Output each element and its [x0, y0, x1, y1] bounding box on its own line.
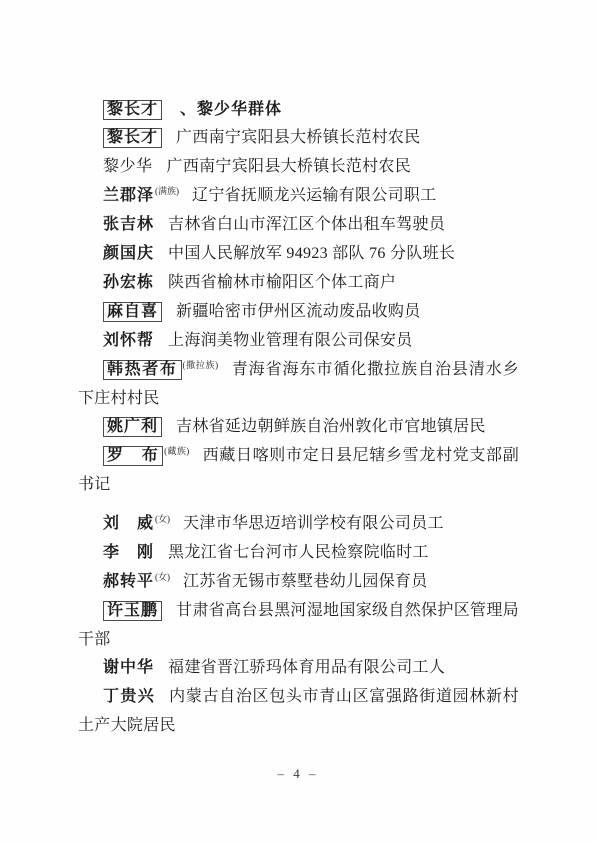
- person-description: 辽宁省抚顺龙兴运输有限公司职工: [192, 187, 437, 204]
- person-description: 黑龙江省七台河市人民检察院临时工: [168, 544, 429, 561]
- person-name: 张吉林: [103, 216, 154, 233]
- person-description: 陕西省榆林市榆阳区个体工商户: [168, 274, 396, 291]
- name-group: 刘怀帮: [103, 332, 155, 349]
- person-description: 吉林省白山市浑江区个体出租车驾驶员: [168, 216, 445, 233]
- person-description: 新疆哈密市伊州区流动废品收购员: [176, 303, 421, 320]
- person-entry: 黎少华广西南宁宾阳县大桥镇长范村农民: [78, 153, 519, 182]
- person-name: 兰郡泽: [103, 187, 154, 204]
- name-group: 刘 威(女): [103, 515, 170, 532]
- person-name: 姚广利: [103, 417, 162, 437]
- person-entry: 谢中华福建省晋江骄玛体育用品有限公司工人: [78, 654, 519, 683]
- group-heading-rest: 、黎少华群体: [180, 101, 282, 118]
- person-description: 中国人民解放军 94923 部队 76 分队班长: [168, 245, 455, 262]
- person-name: 郝转平: [103, 573, 154, 590]
- name-group: 郝转平(女): [103, 573, 170, 590]
- person-entry: 许玉鹏甘肃省高台县黑河湿地国家级自然保护区管理局干部: [78, 597, 519, 654]
- person-name: 黎少华: [103, 158, 153, 175]
- person-name: 黎长才: [103, 100, 162, 120]
- person-tag: (撒拉族): [183, 360, 219, 370]
- page-number: – 4 –: [0, 766, 596, 782]
- person-description: 广西南宁宾阳县大桥镇长范村农民: [176, 129, 421, 146]
- person-entry: 姚广利吉林省延边朝鲜族自治州敦化市官地镇居民: [78, 413, 519, 442]
- name-group: 许玉鹏: [103, 602, 163, 619]
- name-group: 黎长才: [103, 129, 163, 146]
- document-page: 黎长才、黎少华群体 黎长才广西南宁宾阳县大桥镇长范村农民 黎少华广西南宁宾阳县大…: [0, 0, 596, 842]
- person-entry: 孙宏栋陕西省榆林市榆阳区个体工商户: [78, 269, 519, 298]
- name-group: 谢中华: [103, 659, 155, 676]
- name-group: 韩热者布(撒拉族): [103, 361, 218, 378]
- person-description: 福建省晋江骄玛体育用品有限公司工人: [168, 659, 445, 676]
- person-tag: (藏族): [164, 446, 189, 456]
- person-entry: 韩热者布(撒拉族)青海省海东市循化撒拉族自治县清水乡下庄村村民: [78, 356, 519, 413]
- person-entry: 丁贵兴内蒙古自治区包头市青山区富强路街道园林新村土产大院居民: [78, 683, 519, 740]
- person-name: 黎长才: [103, 128, 162, 148]
- person-name: 麻自喜: [103, 302, 162, 322]
- person-description: 吉林省延边朝鲜族自治州敦化市官地镇居民: [176, 418, 486, 435]
- person-entry: 刘怀帮上海润美物业管理有限公司保安员: [78, 327, 519, 356]
- person-entry: 张吉林吉林省白山市浑江区个体出租车驾驶员: [78, 211, 519, 240]
- document-body: 黎长才、黎少华群体 黎长才广西南宁宾阳县大桥镇长范村农民 黎少华广西南宁宾阳县大…: [78, 96, 519, 740]
- person-entry: 李 刚黑龙江省七台河市人民检察院临时工: [78, 539, 519, 568]
- person-name: 李 刚: [103, 544, 154, 561]
- name-group: 李 刚: [103, 544, 155, 561]
- name-group: 颜国庆: [103, 245, 155, 262]
- person-name: 颜国庆: [103, 245, 154, 262]
- name-group: 黎长才: [103, 101, 162, 118]
- name-group: 丁贵兴: [103, 688, 156, 705]
- name-group: 罗 布(藏族): [103, 447, 189, 464]
- person-description: 天津市华思迈培训学校有限公司员工: [183, 515, 444, 532]
- name-group: 兰郡泽(满族): [103, 187, 179, 204]
- person-name: 丁贵兴: [103, 688, 155, 705]
- person-description: 广西南宁宾阳县大桥镇长范村农民: [167, 158, 412, 175]
- person-name: 刘 威: [103, 515, 154, 532]
- person-description: 江苏省无锡市蔡墅巷幼儿园保育员: [183, 573, 428, 590]
- person-entry: 兰郡泽(满族)辽宁省抚顺龙兴运输有限公司职工: [78, 182, 519, 211]
- person-entry: 麻自喜新疆哈密市伊州区流动废品收购员: [78, 298, 519, 327]
- name-group: 孙宏栋: [103, 274, 155, 291]
- name-group: 黎少华: [103, 158, 154, 175]
- person-name: 孙宏栋: [103, 274, 154, 291]
- person-entry: 颜国庆中国人民解放军 94923 部队 76 分队班长: [78, 240, 519, 269]
- person-entry: 郝转平(女)江苏省无锡市蔡墅巷幼儿园保育员: [78, 568, 519, 597]
- name-group: 麻自喜: [103, 303, 163, 320]
- person-entry: 刘 威(女)天津市华思迈培训学校有限公司员工: [78, 510, 519, 539]
- person-name: 刘怀帮: [103, 332, 154, 349]
- person-name: 许玉鹏: [103, 601, 162, 621]
- person-tag: (女): [155, 572, 170, 582]
- person-description: 上海润美物业管理有限公司保安员: [168, 332, 413, 349]
- name-group: 姚广利: [103, 418, 163, 435]
- person-tag: (满族): [155, 186, 179, 196]
- person-entry: 罗 布(藏族)西藏日喀则市定日县尼辖乡雪龙村党支部副书记: [78, 442, 519, 499]
- group-heading: 黎长才、黎少华群体: [78, 96, 519, 124]
- person-name: 罗 布: [103, 446, 163, 466]
- person-tag: (女): [155, 514, 170, 524]
- person-name: 谢中华: [103, 659, 154, 676]
- person-entry: 黎长才广西南宁宾阳县大桥镇长范村农民: [78, 124, 519, 153]
- person-name: 韩热者布: [103, 360, 182, 380]
- name-group: 张吉林: [103, 216, 155, 233]
